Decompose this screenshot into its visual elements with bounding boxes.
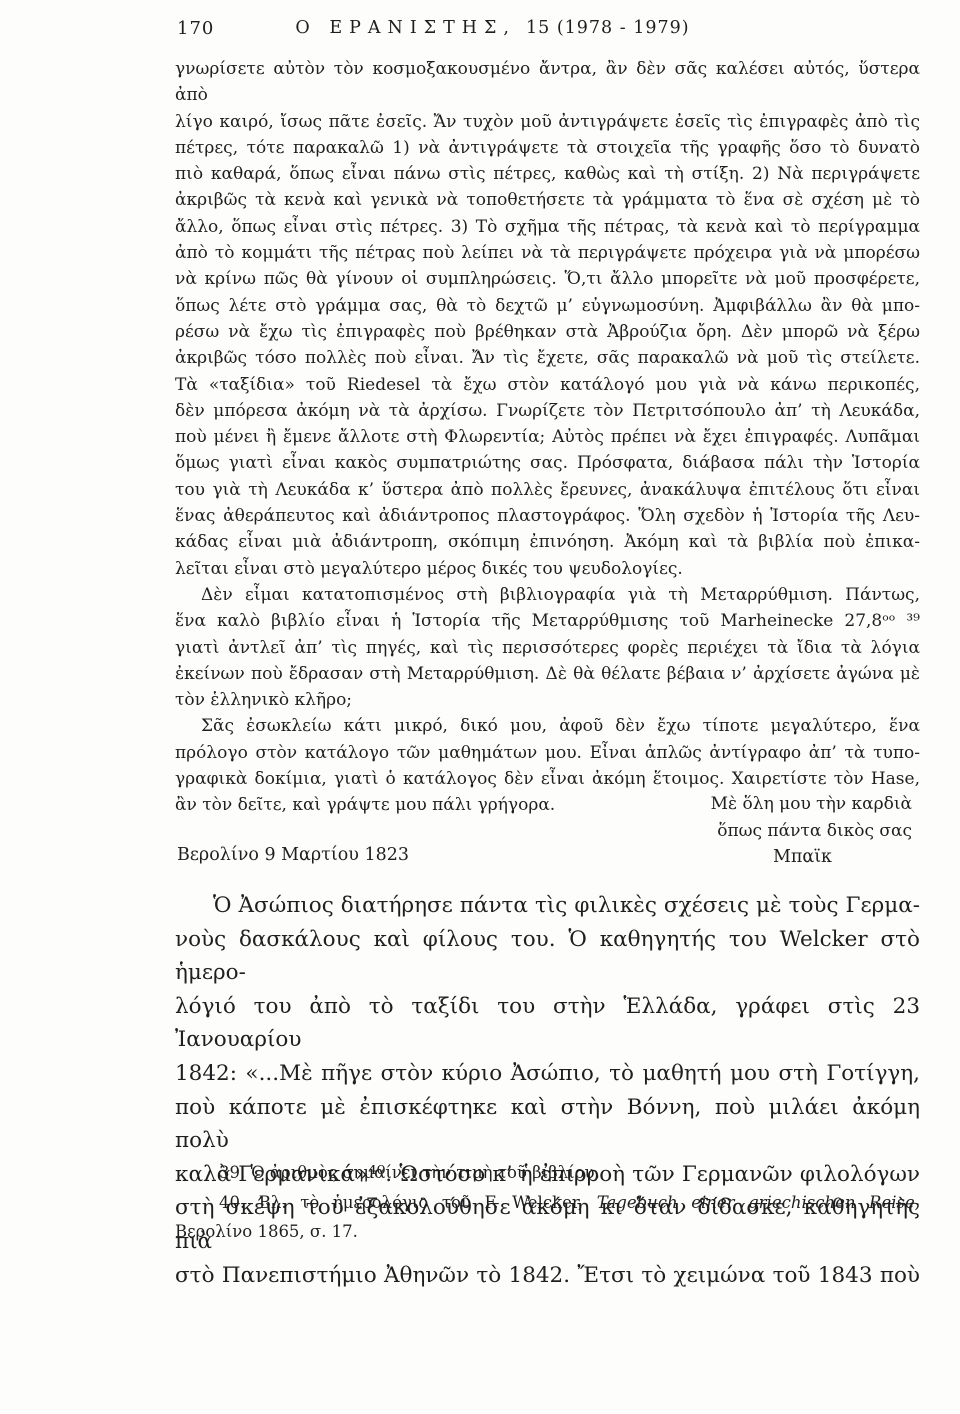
text-line: γιατὶ ἀντλεῖ ἀπ’ τὶς πηγές, καὶ τὶς περι… (175, 635, 920, 661)
text-line: ποὺ μένει ἢ ἔμενε ἄλλοτε στὴ Φλωρεντία; … (175, 424, 920, 450)
text-line: κάδας εἶναι μιὰ ἀδιάντροπη, σκόπιμη ἐπιν… (175, 529, 920, 555)
running-head: 170 Ο ΕΡΑΝΙΣΤΗΣ,15 (1978 - 1979) (175, 18, 920, 48)
journal-name: Ο ΕΡΑΝΙΣΤΗΣ, (295, 18, 516, 38)
text-line: λεῖται εἶναι στὸ μεγαλύτερο μέρος δικές … (175, 556, 920, 582)
footnote-40-continuation: Βερολίνο 1865, σ. 17. (175, 1217, 920, 1247)
text-line: λόγιό του ἀπὸ τὸ ταξίδι του στὴν Ἑλλάδα,… (175, 990, 920, 1057)
footnote-40-book-title: Tagebuch einer griechischen Reise, (597, 1193, 920, 1212)
footnote-39: 39. Ὁ ἀριθμὸς σημαίνει τὴν τιμὴ τοῦ βιβλ… (175, 1158, 920, 1188)
text-line: ρέσω νὰ ἔχω τὶς ἐπιγραφὲς ποὺ βρέθηκαν σ… (175, 319, 920, 345)
footnote-40: 40. Βλ. τὸ ἡμερολόγιο τοῦ F. Welcker, Ta… (175, 1188, 920, 1218)
text-line: ὅμως γιατὶ εἶναι κακὸς συμπατριώτης σας.… (175, 450, 920, 476)
scanned-page: 170 Ο ΕΡΑΝΙΣΤΗΣ,15 (1978 - 1979) γνωρίσε… (0, 0, 960, 1414)
text-line: ἀκριβῶς τὰ κενὰ καὶ γενικὰ νὰ τοποθετήσε… (175, 187, 920, 213)
text-line: πιὸ καθαρά, ὅπως εἶναι πάνω στὶς πέτρες,… (175, 161, 920, 187)
text-line: 1842: «...Μὲ πῆγε στὸν κύριο Ἀσώπιο, τὸ … (175, 1057, 920, 1091)
journal-title: Ο ΕΡΑΝΙΣΤΗΣ,15 (1978 - 1979) (175, 18, 920, 38)
text-line: ἕνας ἀθεράπευτος καὶ ἀδιάντροπος πλαστογ… (175, 503, 920, 529)
signature-row: Βερολίνο 9 Μαρτίου 1823 Μπαϊκ (175, 845, 920, 873)
letter-body: γνωρίσετε αὐτὸν τὸν κοσμοξακουσμένο ἄντρ… (175, 56, 920, 819)
text-line: δὲν μπόρεσα ἀκόμη νὰ τὰ ἀρχίσω. Γνωρίζετ… (175, 398, 920, 424)
text-line: ἀκριβῶς τόσο πολλὲς ποὺ εἶναι. Ἄν τὶς ἔχ… (175, 345, 920, 371)
text-line: ἀπὸ τὸ κομμάτι τῆς πέτρας ποὺ λείπει νὰ … (175, 240, 920, 266)
signature: Μπαϊκ (773, 847, 832, 867)
text-line: ἐκείνων ποὺ ἔδρασαν στὴ Μεταρρύθμιση. Δὲ… (175, 661, 920, 687)
letter-closing: Μὲ ὅλη μου τὴν καρδιὰ ὅπως πάντα δικὸς σ… (175, 791, 920, 845)
text-line: γραφικὰ δοκίμια, γιατὶ ὁ κατάλογος δὲν ε… (175, 766, 920, 792)
text-line: Σᾶς ἐσωκλείω κάτι μικρό, δικό μου, ἀφοῦ … (175, 713, 920, 739)
journal-issue: 15 (1978 - 1979) (526, 18, 690, 38)
text-line: πέτρες, τότε παρακαλῶ 1) νὰ ἀντιγράψετε … (175, 135, 920, 161)
text-line: ἕνα καλὸ βιβλίο εἶναι ἡ Ἱστορία τῆς Μετα… (175, 608, 920, 634)
footnote-40-text: 40. Βλ. τὸ ἡμερολόγιο τοῦ F. Welcker, (219, 1193, 597, 1212)
text-line: ὅπως λέτε στὸ γράμμα σας, θὰ τὸ δεχτῶ μ’… (175, 293, 920, 319)
text-line: τὸν ἑλληνικὸ κλῆρο; (175, 687, 920, 713)
text-line: λίγο καιρό, ἴσως πᾶτε ἐσεῖς. Ἄν τυχὸν μο… (175, 109, 920, 135)
text-line: Δὲν εἶμαι κατατοπισμένος στὴ βιβλιογραφί… (175, 582, 920, 608)
text-line: ἄλλο, ὅπως εἶναι στὶς πέτρες. 3) Τὸ σχῆμ… (175, 214, 920, 240)
text-line: στὸ Πανεπιστήμιο Ἀθηνῶν τὸ 1842. Ἔτσι τὸ… (175, 1259, 920, 1293)
text-line: ποὺ κάποτε μὲ ἐπισκέφτηκε καὶ στὴν Βόννη… (175, 1091, 920, 1158)
footnotes-block: 39. Ὁ ἀριθμὸς σημαίνει τὴν τιμὴ τοῦ βιβλ… (175, 1158, 920, 1247)
text-line: νὰ κρίνω πῶς θὰ γίνουν οἱ συμπληρώσεις. … (175, 266, 920, 292)
text-line: γνωρίσετε αὐτὸν τὸν κοσμοξακουσμένο ἄντρ… (175, 56, 920, 109)
closing-line: ὅπως πάντα δικὸς σας (175, 818, 912, 845)
text-line: νοὺς δασκάλους καὶ φίλους του. Ὁ καθηγητ… (175, 923, 920, 990)
text-line: πρόλογο στὸν κατάλογο τῶν μαθημάτων μου.… (175, 740, 920, 766)
text-line: Τὰ «ταξίδια» τοῦ Riedesel τὰ ἔχω στὸν κα… (175, 372, 920, 398)
text-line: του γιὰ τὴ Λευκάδα κ’ ὕστερα ἀπὸ πολλὲς … (175, 477, 920, 503)
dateline: Βερολίνο 9 Μαρτίου 1823 (177, 845, 409, 865)
text-line: Ὁ Ἀσώπιος διατήρησε πάντα τὶς φιλικὲς σχ… (175, 889, 920, 923)
closing-line: Μὲ ὅλη μου τὴν καρδιὰ (175, 791, 912, 818)
